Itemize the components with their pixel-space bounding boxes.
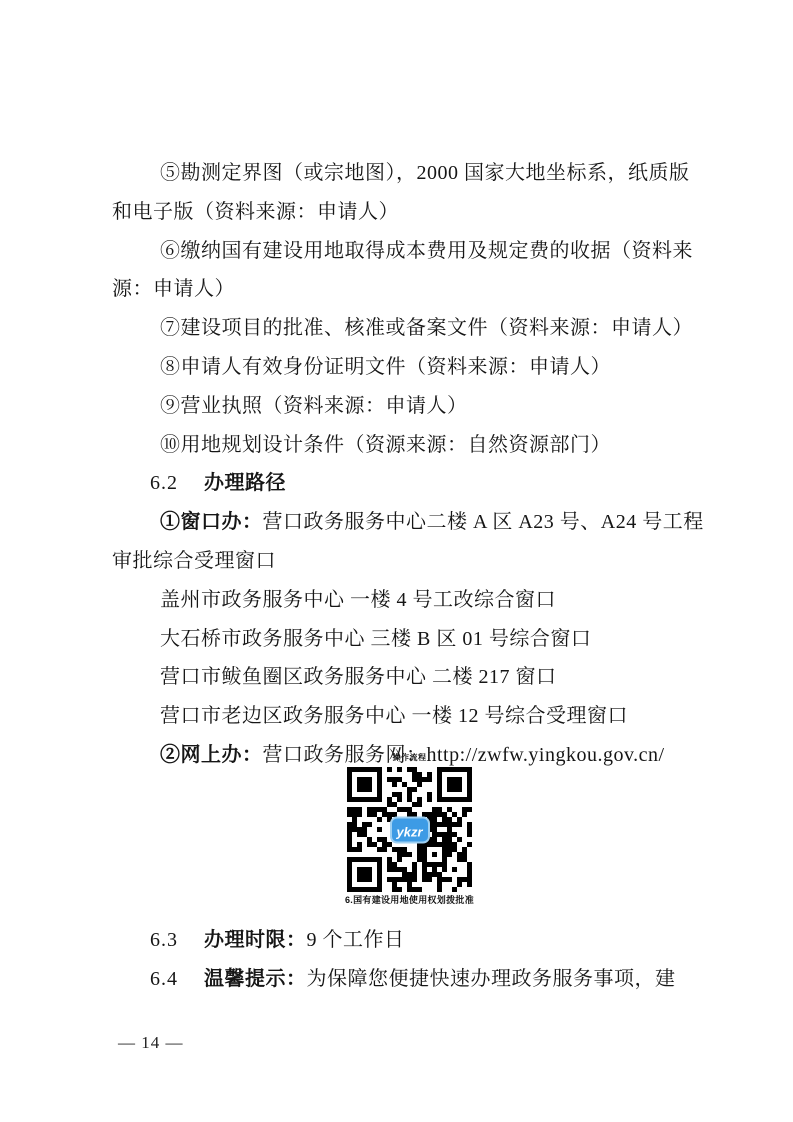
list-item-9: ⑨营业执照（资料来源：申请人） bbox=[112, 387, 684, 426]
list-item-5-line2: 和电子版（资料来源：申请人） bbox=[112, 193, 684, 232]
list-item-5-line1: ⑤勘测定界图（或宗地图），2000 国家大地坐标系，纸质版 bbox=[112, 154, 684, 193]
service-center-dashiqiao: 大石桥市政务服务中心 三楼 B 区 01 号综合窗口 bbox=[112, 620, 684, 659]
section-6-4: 6.4温馨提示：为保障您便捷快速办理政务服务事项，建 bbox=[112, 960, 684, 999]
qr-bottom-caption: 6.国有建设用地使用权划拨批准 bbox=[317, 894, 502, 907]
window-channel-label: ①窗口办： bbox=[160, 511, 263, 533]
section-6-4-text: 为保障您便捷快速办理政务服务事项，建 bbox=[307, 968, 676, 990]
service-center-gaizhou: 盖州市政务服务中心 一楼 4 号工改综合窗口 bbox=[112, 581, 684, 620]
list-item-6-line1: ⑥缴纳国有建设用地取得成本费用及规定费的收据（资料来 bbox=[112, 232, 684, 271]
online-channel-label: ②网上办： bbox=[160, 744, 263, 766]
document-tail: 6.3办理时限：9 个工作日 6.4温馨提示：为保障您便捷快速办理政务服务事项，… bbox=[112, 921, 684, 999]
section-title: 办理路径 bbox=[204, 472, 286, 494]
qr-top-caption: 操作流程 bbox=[317, 752, 502, 764]
section-number: 6.2 bbox=[150, 464, 178, 503]
window-channel-line1: ①窗口办：营口政务服务中心二楼 A 区 A23 号、A24 号工程 bbox=[112, 503, 684, 542]
section-6-4-label: 温馨提示： bbox=[204, 968, 307, 990]
section-6-3-text: 9 个工作日 bbox=[307, 929, 405, 951]
section-6-3: 6.3办理时限：9 个工作日 bbox=[112, 921, 684, 960]
qr-code: ykzr bbox=[347, 767, 472, 892]
list-item-8: ⑧申请人有效身份证明文件（资料来源：申请人） bbox=[112, 348, 684, 387]
service-center-laobian: 营口市老边区政务服务中心 一楼 12 号综合受理窗口 bbox=[112, 697, 684, 736]
page-number: — 14 — bbox=[118, 1033, 184, 1053]
document-page: ⑤勘测定界图（或宗地图），2000 国家大地坐标系，纸质版 和电子版（资料来源：… bbox=[0, 0, 793, 1122]
section-heading-6-2: 6.2办理路径 bbox=[112, 464, 684, 503]
list-item-10: ⑩用地规划设计条件（资源来源：自然资源部门） bbox=[112, 426, 684, 465]
section-number: 6.3 bbox=[150, 921, 178, 960]
service-center-bayuquan: 营口市鲅鱼圈区政务服务中心 二楼 217 窗口 bbox=[112, 658, 684, 697]
list-item-7: ⑦建设项目的批准、核准或备案文件（资料来源：申请人） bbox=[112, 309, 684, 348]
window-channel-line2: 审批综合受理窗口 bbox=[112, 542, 684, 581]
section-number: 6.4 bbox=[150, 960, 178, 999]
window-channel-text: 营口政务服务中心二楼 A 区 A23 号、A24 号工程 bbox=[263, 511, 704, 533]
list-item-6-line2: 源：申请人） bbox=[112, 270, 684, 309]
document-body: ⑤勘测定界图（或宗地图），2000 国家大地坐标系，纸质版 和电子版（资料来源：… bbox=[112, 154, 684, 775]
qr-logo: ykzr bbox=[390, 816, 430, 843]
section-6-3-label: 办理时限： bbox=[204, 929, 307, 951]
qr-section: 操作流程 ykzr 6.国有建设用地使用权划拨批准 bbox=[317, 752, 502, 907]
